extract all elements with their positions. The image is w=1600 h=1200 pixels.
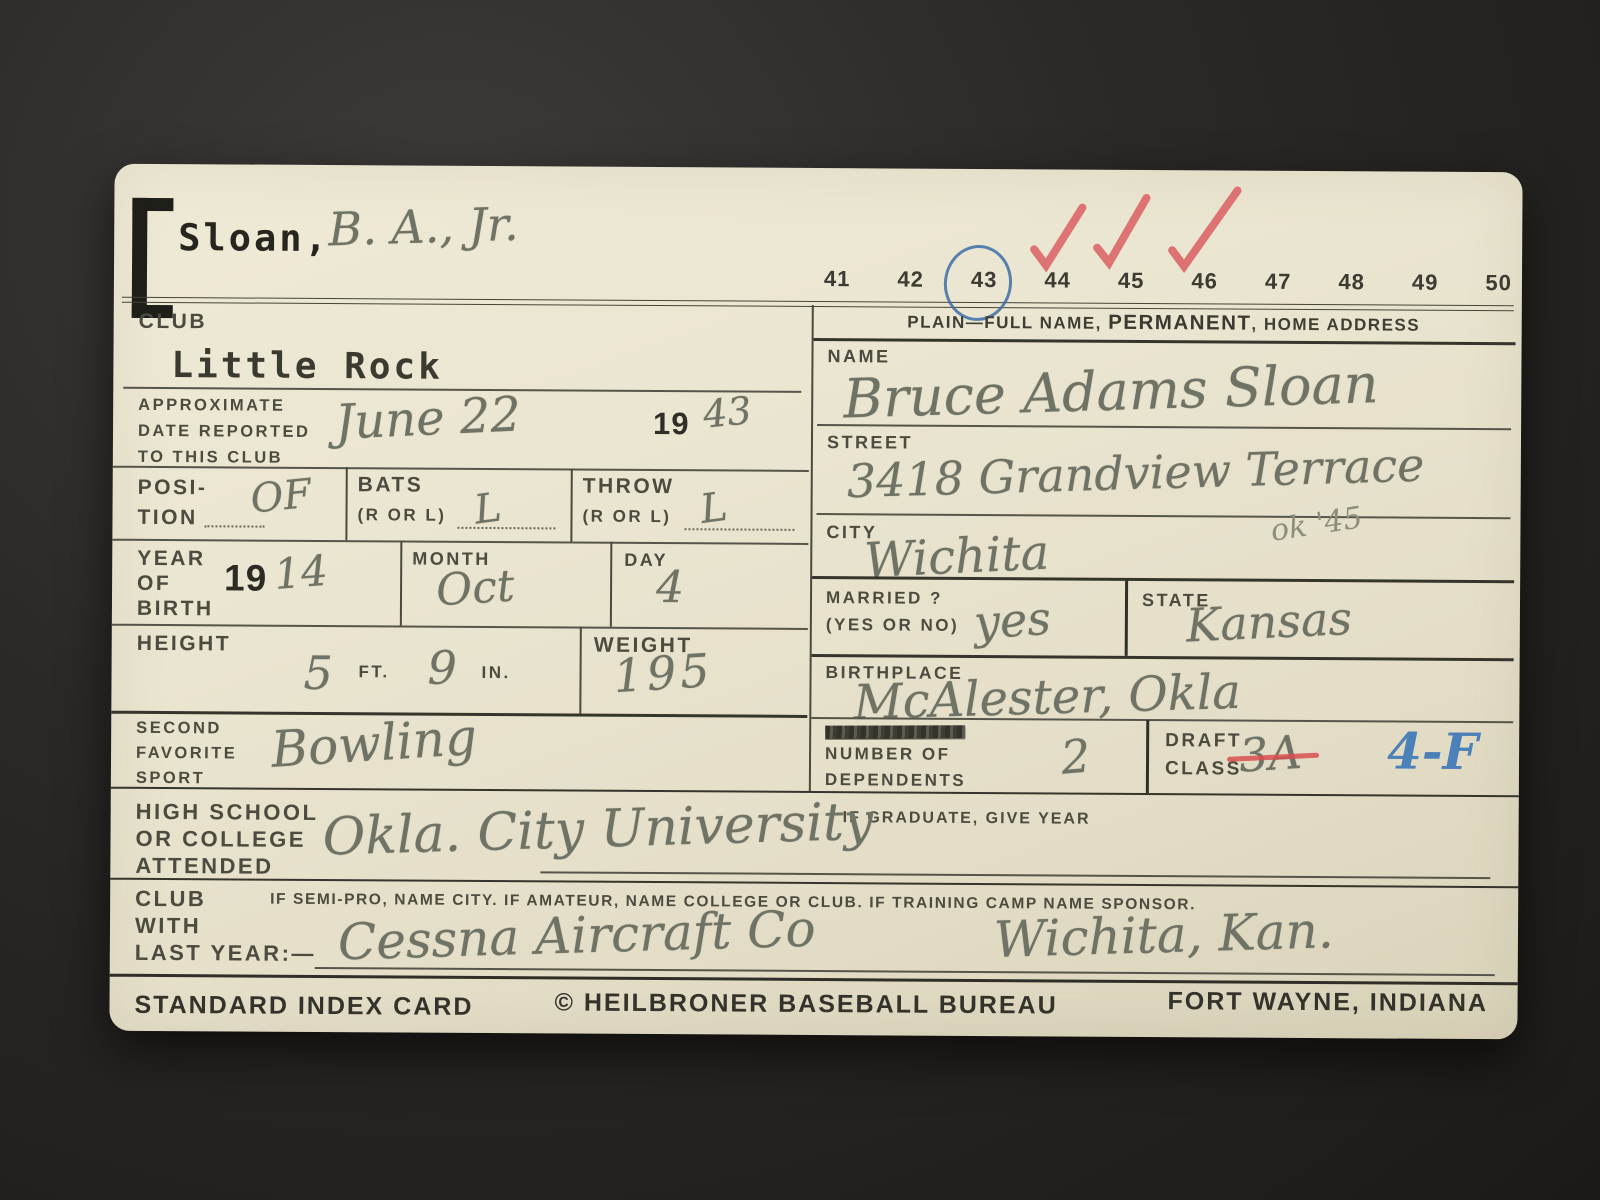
year-number: 42: [897, 266, 924, 292]
row-rule: [112, 624, 808, 630]
married-state-divider: [1125, 580, 1128, 656]
club-value: Little Rock: [171, 345, 443, 388]
left-column: CLUB Little Rock APPROXIMATE DATE REPORT…: [111, 301, 810, 795]
birth-day-value: 4: [656, 562, 684, 613]
date-year-value: 43: [701, 388, 753, 437]
year-number: 41: [824, 266, 851, 292]
photo-stage: Sloan, B. A., Jr. CLUB Little Rock APPRO…: [0, 0, 1600, 1200]
throw-value: L: [698, 484, 730, 533]
bats-sublabel: (R OR L): [357, 505, 446, 526]
cell-divider: [579, 627, 581, 714]
footer-center: © HEILBRONER BASEBALL BUREAU: [554, 988, 1057, 1020]
year-number: 49: [1412, 270, 1439, 296]
bats-label: BATS: [358, 473, 424, 497]
throw-sublabel: (R OR L): [582, 507, 671, 528]
year-number: 48: [1338, 269, 1365, 295]
surname-typed: Sloan,: [178, 216, 330, 260]
birth-label-1: YEAR: [137, 547, 206, 571]
height-ft-unit: FT.: [358, 662, 389, 682]
cell-divider: [610, 542, 612, 627]
married-label-2: (YES OR NO): [826, 615, 959, 636]
birth-year-printed-prefix: 19: [224, 557, 267, 599]
height-ft-value: 5: [303, 646, 333, 700]
dotted-line: [457, 525, 555, 530]
row-rule: [112, 539, 808, 545]
birth-year-value: 14: [272, 546, 329, 599]
section-title-post: , HOME ADDRESS: [1251, 315, 1420, 335]
club-ly-label-2: WITH: [135, 913, 201, 939]
section-title-emph: PERMANENT: [1108, 311, 1251, 335]
section-title-pre: PLAIN—FULL NAME,: [907, 313, 1108, 333]
birth-month-value: Oct: [435, 560, 516, 616]
club-last-year-row: CLUB WITH LAST YEAR:— IF SEMI-PRO, NAME …: [110, 878, 1519, 985]
cell-divider: [345, 467, 347, 540]
club-ly-value-2: Wichita, Kan.: [993, 901, 1334, 969]
cell-divider: [400, 540, 402, 625]
date-reported-label-2: DATE REPORTED: [138, 422, 311, 442]
date-reported-label-1: APPROXIMATE: [138, 396, 285, 416]
sport-value: Bowling: [269, 708, 478, 779]
footer-right: FORT WAYNE, INDIANA: [1167, 987, 1488, 1018]
section-title: PLAIN—FULL NAME, PERMANENT, HOME ADDRESS: [814, 309, 1514, 337]
throw-label: THROW: [583, 475, 675, 500]
obliterated-label: [825, 725, 965, 738]
year-number: 50: [1485, 270, 1512, 296]
state-value: Kansas: [1185, 591, 1353, 653]
married-label-1: MARRIED ?: [826, 588, 943, 609]
street-label: STREET: [827, 432, 913, 454]
sport-label-1: SECOND: [136, 719, 222, 739]
date-reported-value: June 22: [334, 386, 522, 451]
school-row: HIGH SCHOOL OR COLLEGE ATTENDED IF GRADU…: [110, 787, 1519, 889]
position-value: OF: [249, 471, 314, 523]
right-column: 41 42 43 44 45 46 47 48 49 50: [811, 168, 1523, 795]
sport-label-3: SPORT: [136, 769, 205, 788]
club-ly-value-1: Cessna Aircraft Co: [337, 900, 816, 972]
section-rule: [814, 338, 1516, 345]
club-ly-underline: [315, 967, 1495, 976]
weight-value: 195: [612, 643, 715, 703]
footer-row: STANDARD INDEX CARD © HEILBRONER BASEBAL…: [109, 974, 1517, 1043]
school-label-1: HIGH SCHOOL: [136, 799, 319, 826]
position-label-2: TION: [137, 506, 197, 530]
draft-value: 4-F: [1387, 721, 1478, 781]
draft-label-1: DRAFT: [1165, 730, 1242, 752]
grad-note: IF GRADUATE, GIVE YEAR: [843, 809, 1091, 829]
name-label: NAME: [827, 346, 890, 367]
date-reported-label-3: TO THIS CLUB: [138, 448, 283, 468]
street-underline: [817, 513, 1511, 519]
club-ly-label-1: CLUB: [135, 886, 206, 912]
birthplace-value: McAlester, Okla: [853, 664, 1242, 731]
bats-value: L: [472, 484, 504, 533]
surname-initials-handwritten: B. A., Jr.: [328, 197, 520, 256]
school-underline: [540, 871, 1490, 878]
row-rule: [113, 466, 809, 472]
dependents-label-2: DEPENDENTS: [825, 770, 966, 791]
height-label: HEIGHT: [137, 632, 231, 657]
school-label-2: OR COLLEGE: [135, 826, 306, 853]
street-value: 3418 Grandview Terrace: [846, 438, 1425, 509]
city-pencil-annotation: ok '45: [1268, 500, 1364, 548]
married-value: yes: [972, 591, 1052, 650]
dependents-label-1: NUMBER OF: [825, 744, 951, 765]
row-rule-heavy: [812, 654, 1514, 661]
club-label: CLUB: [139, 310, 207, 334]
height-in-value: 9: [427, 641, 457, 695]
school-value: Okla. City University: [322, 792, 874, 868]
cell-divider: [570, 468, 572, 541]
club-ly-label-3: LAST YEAR:—: [135, 940, 316, 967]
index-card: Sloan, B. A., Jr. CLUB Little Rock APPRO…: [109, 164, 1522, 1040]
height-in-unit: IN.: [481, 663, 510, 683]
birth-label-3: BIRTH: [137, 597, 214, 621]
sport-label-2: FAVORITE: [136, 744, 237, 764]
name-value: Bruce Adams Sloan: [842, 352, 1379, 430]
footer-left: STANDARD INDEX CARD: [134, 991, 473, 1022]
red-checkmarks-annotation: [994, 177, 1295, 279]
date-year-printed-prefix: 19: [653, 406, 690, 442]
position-label-1: POSI-: [138, 476, 208, 500]
draft-divider: [1146, 720, 1149, 793]
school-label-3: ATTENDED: [135, 853, 273, 880]
dotted-line: [204, 523, 264, 527]
dependents-value: 2: [1059, 728, 1093, 784]
birth-label-2: OF: [137, 572, 171, 596]
dotted-line: [684, 526, 794, 531]
